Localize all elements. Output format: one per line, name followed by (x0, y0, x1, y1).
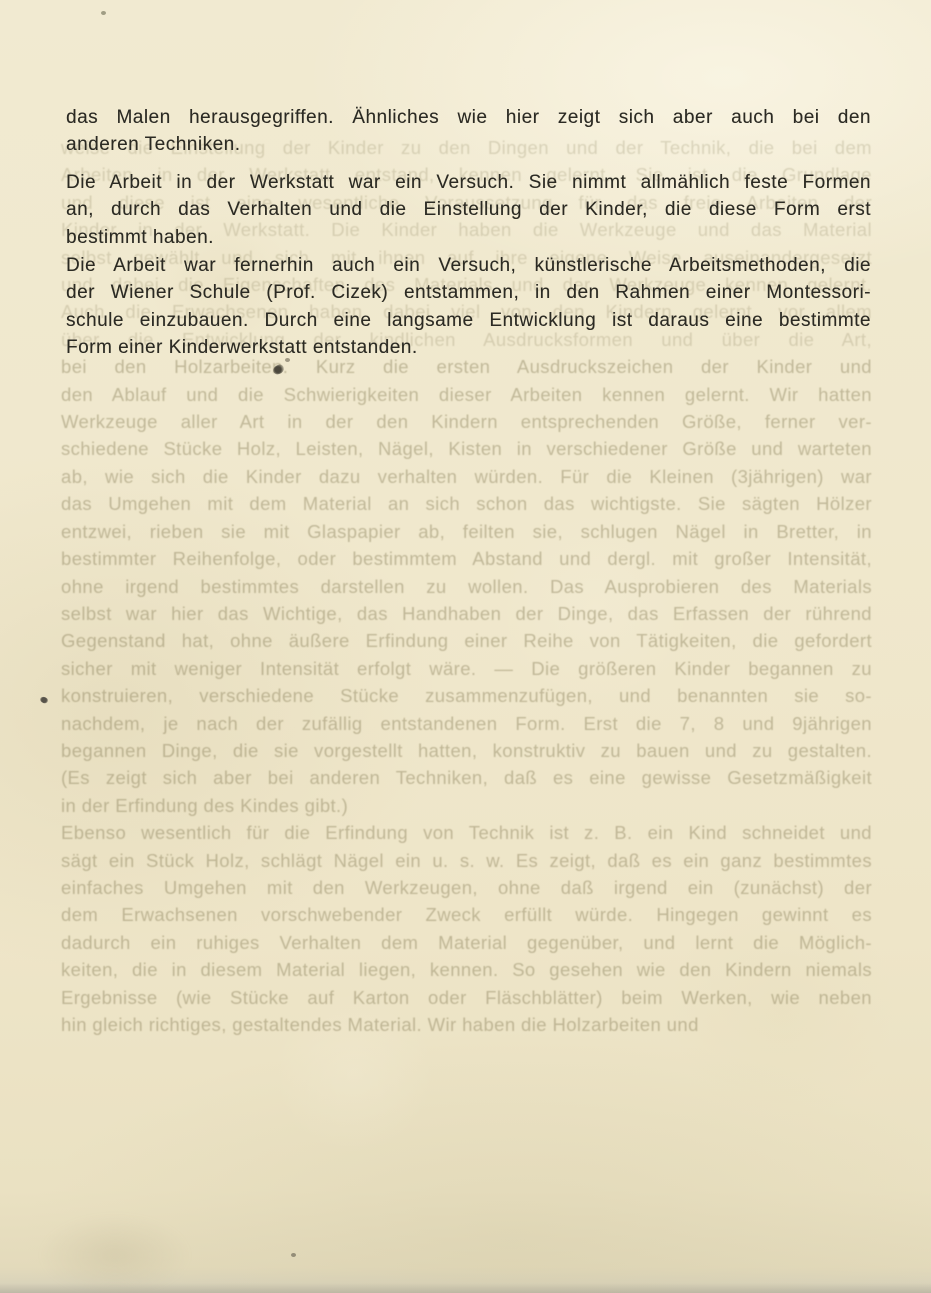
text-line: Ergebnisse (wie Stücke auf Karton oder F… (61, 984, 872, 1011)
text-line: das Umgehen mit dem Material an sich sch… (61, 490, 872, 517)
text-line: (Es zeigt sich aber bei anderen Technike… (61, 764, 872, 791)
bottom-left-smudge (40, 1215, 190, 1293)
text-line: dem Erwachsenen vorschwebender Zweck erf… (61, 901, 872, 928)
ink-spot (272, 364, 285, 376)
text-line: selbst war hier das Wichtige, das Handha… (61, 600, 872, 627)
text-line: Die Arbeit war fernerhin auch ein Versuc… (66, 252, 871, 279)
text-line: das Malen herausgegriffen. Ähnliches wie… (66, 104, 871, 131)
text-line: ab, wie sich die Kinder dazu verhalten w… (61, 463, 872, 490)
text-line: einfaches Umgehen mit den Werkzeugen, oh… (61, 874, 872, 901)
bottom-margin-speck (291, 1253, 296, 1257)
text-line: hin gleich richtiges, gestaltendes Mater… (61, 1011, 872, 1038)
text-line: dadurch ein ruhiges Verhalten dem Materi… (61, 929, 872, 956)
text-line: der Wiener Schule (Prof. Cizek) entstamm… (66, 279, 871, 306)
text-line: sicher mit weniger Intensität erfolgt wä… (61, 655, 872, 682)
scanned-page: weise die Einstellung der Kinder zu den … (0, 0, 931, 1293)
text-line: Gegenstand hat, ohne äußere Erfindung ei… (61, 627, 872, 654)
text-line: begannen Dinge, die sie vorgestellt hatt… (61, 737, 872, 764)
ghost-paragraph: Ebenso wesentlich für die Erfindung von … (61, 819, 872, 1038)
text-line: schule einzubauen. Durch eine langsame E… (66, 307, 871, 334)
text-line: Form einer Kinderwerkstatt entstanden. (66, 334, 871, 361)
text-line: nachdem, je nach der zufällig entstanden… (61, 710, 872, 737)
text-line: bestimmter Reihenfolge, oder bestimmtem … (61, 545, 872, 572)
text-line: ohne irgend bestimmtes darstellen zu wol… (61, 573, 872, 600)
text-line: den Ablauf und die Schwierigkeiten diese… (61, 381, 872, 408)
page-text: das Malen herausgegriffen. Ähnliches wie… (66, 104, 871, 362)
text-line: in der Erfindung des Kindes gibt.) (61, 792, 872, 819)
text-line: Ebenso wesentlich für die Erfindung von … (61, 819, 872, 846)
left-margin-speck (39, 696, 49, 705)
text-line: Die Arbeit in der Werkstatt war ein Vers… (66, 169, 871, 196)
text-line: Werkzeuge aller Art in der den Kindern e… (61, 408, 872, 435)
text-line: schiedene Stücke Holz, Leisten, Nägel, K… (61, 435, 872, 462)
paragraph: das Malen herausgegriffen. Ähnliches wie… (66, 104, 871, 159)
paragraph: Die Arbeit in der Werkstatt war ein Vers… (66, 169, 871, 251)
text-line: anderen Techniken. (66, 131, 871, 158)
text-line: entzwei, rieben sie mit Glaspapier ab, f… (61, 518, 872, 545)
text-line: bestimmt haben. (66, 224, 871, 251)
paragraph: Die Arbeit war fernerhin auch ein Versuc… (66, 252, 871, 362)
text-line: sägt ein Stück Holz, schlägt Nägel ein u… (61, 847, 872, 874)
top-margin-speck (101, 11, 106, 15)
text-line: an, durch das Verhalten und die Einstell… (66, 196, 871, 223)
text-line: keiten, die in diesem Material liegen, k… (61, 956, 872, 983)
page-bottom-shadow (0, 1283, 931, 1293)
text-line: konstruieren, verschiedene Stücke zusamm… (61, 682, 872, 709)
